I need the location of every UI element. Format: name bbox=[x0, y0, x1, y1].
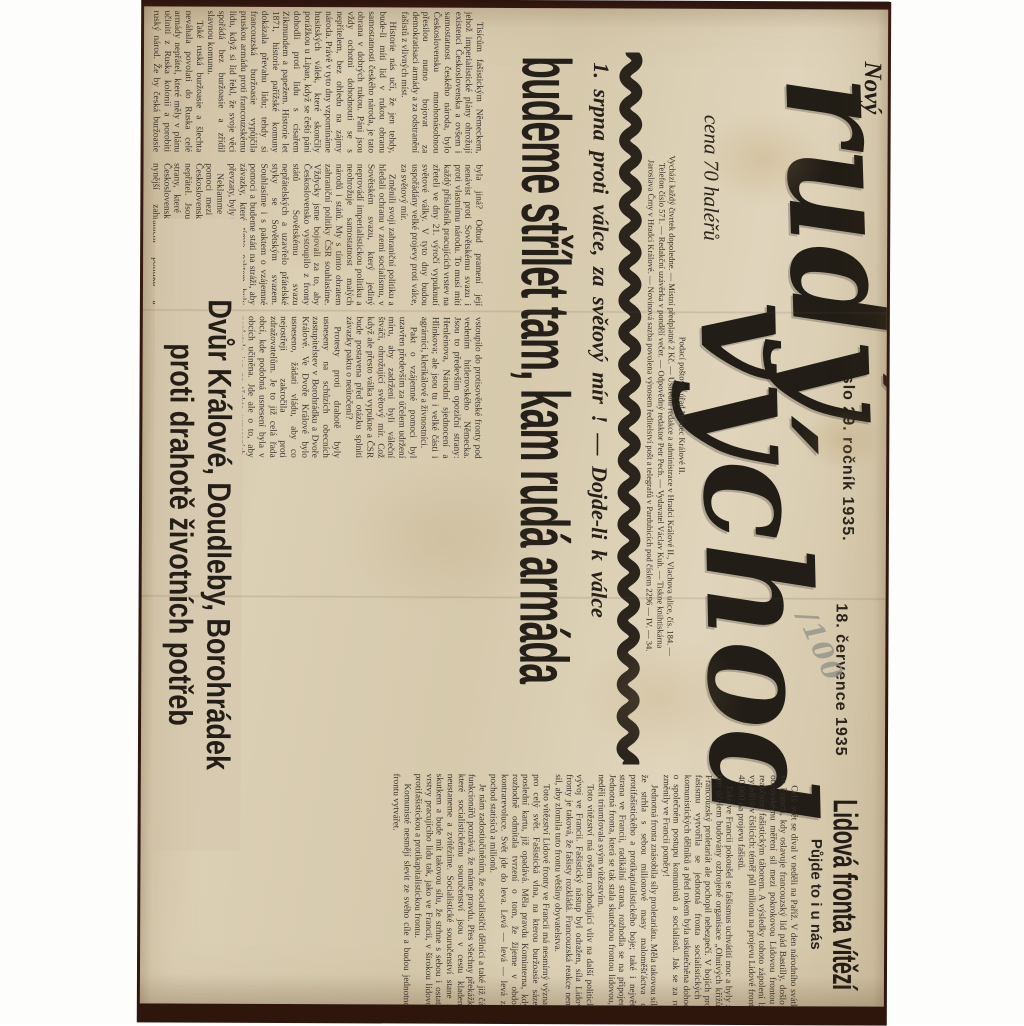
imprint-block: Podací poštovní úřad Hradec Králové II. … bbox=[644, 55, 689, 757]
right-column-title: Lidová fronta vítězí bbox=[824, 775, 865, 1006]
right-column-paragraph: Komunisté nesmějí slevit ze svého cíle a… bbox=[390, 773, 412, 1006]
right-column-subtitle: Půjde to i u nás bbox=[807, 775, 825, 1006]
right-column-paragraph: Celý svět se díval v neděli na Paříž. V … bbox=[735, 775, 800, 1007]
bottom-headline-line1: Dvůr Králové, Doudleby, Borohrádek bbox=[198, 225, 239, 845]
right-column-text: Celý svět se díval v neděli na Paříž. V … bbox=[390, 773, 800, 1006]
body-paragraph: Historie nás učí, že jen tehdy, bude-li … bbox=[204, 11, 397, 153]
newspaper-page: Nový číslo 29. ročník 1935. 18. července… bbox=[140, 6, 888, 1006]
right-column-paragraph: Také ve Francii pokoušel se fašismus uch… bbox=[660, 775, 735, 1007]
bottom-headline-line2: proti drahotě životních potřeb bbox=[160, 224, 201, 844]
body-paragraph: Pakt o vzájemné pomoci byl uzavřen přede… bbox=[342, 316, 418, 458]
masthead-title-word2: východ bbox=[693, 301, 818, 825]
photo-background: Nový číslo 29. ročník 1935. 18. července… bbox=[0, 0, 1024, 1024]
right-column-paragraph: Toto vítězství má ovšem rozhodující vliv… bbox=[552, 774, 595, 1006]
bottom-headline: Dvůr Králové, Doudleby, Borohrádek proti… bbox=[153, 218, 244, 850]
page-content-rotated: Nový číslo 29. ročník 1935. 18. července… bbox=[140, 8, 888, 1006]
newspaper-photo: Nový číslo 29. ročník 1935. 18. července… bbox=[0, 0, 1024, 1024]
right-column-paragraph: Toto vítězství Lidové fronty ve Francii … bbox=[488, 774, 553, 1007]
right-column-paragraph: Je nám zadostiučiněním, že socialističtí… bbox=[412, 774, 487, 1007]
wavy-divider-rule bbox=[614, 52, 645, 764]
right-column-paragraph: Jednotná fronta znásobila síly proletari… bbox=[596, 774, 661, 1006]
right-column-article: Lidová fronta vítězí Půjde to i u nás Ce… bbox=[141, 772, 865, 1006]
body-paragraph: Tisícům fašistickým Německem, jehož impe… bbox=[398, 12, 484, 154]
price-label: cena 70 haléřů bbox=[698, 115, 724, 241]
banner-kicker: 1. srpna proti válce, za světový mír ! —… bbox=[585, 62, 614, 768]
banner-headline: budeme střílet tam, kam rudá armáda bbox=[503, 56, 583, 683]
body-paragraph: Změnili svoji zahraniční politiku a hled… bbox=[225, 163, 397, 305]
